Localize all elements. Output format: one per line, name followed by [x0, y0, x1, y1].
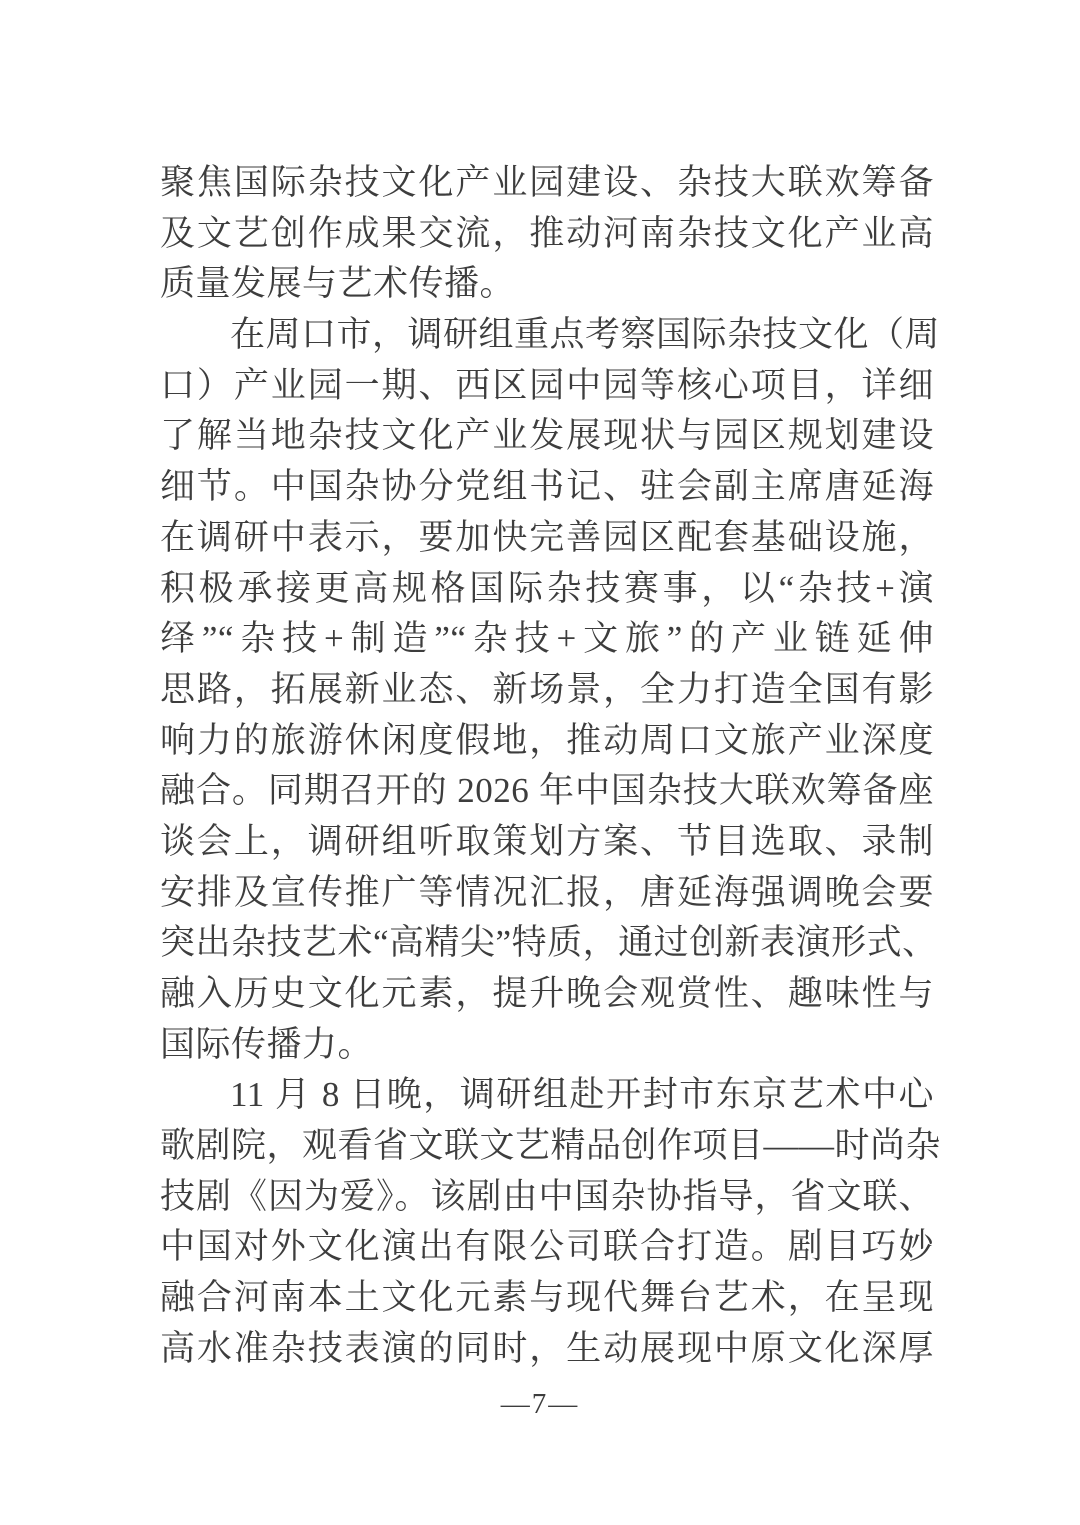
text-line: 细节。中国杂协分党组书记、驻会副主席唐延海 [160, 462, 934, 513]
text-line: 融入历史文化元素，提升晚会观赏性、趣味性与 [160, 969, 934, 1020]
text-line: 安排及宣传推广等情况汇报，唐延海强调晚会要 [160, 868, 934, 919]
text-line: 融合。同期召开的 2026 年中国杂技大联欢筹备座 [160, 766, 934, 817]
text-line: 谈会上，调研组听取策划方案、节目选取、录制 [160, 817, 934, 868]
page-number: —7— [0, 1388, 1080, 1421]
document-body: 聚焦国际杂技文化产业园建设、杂技大联欢筹备及文艺创作成果交流，推动河南杂技文化产… [160, 158, 934, 1375]
text-line: 了解当地杂技文化产业发展现状与园区规划建设 [160, 411, 934, 462]
text-line: 在周口市，调研组重点考察国际杂技文化（周 [160, 310, 934, 361]
text-line: 思路，拓展新业态、新场景，全力打造全国有影 [160, 665, 934, 716]
text-line: 中国对外文化演出有限公司联合打造。剧目巧妙 [160, 1222, 934, 1273]
text-line: 聚焦国际杂技文化产业园建设、杂技大联欢筹备 [160, 158, 934, 209]
text-line: 在调研中表示，要加快完善园区配套基础设施， [160, 513, 934, 564]
text-line: 突出杂技艺术“高精尖”特质，通过创新表演形式、 [160, 918, 934, 969]
text-line: 口）产业园一期、西区园中园等核心项目，详细 [160, 361, 934, 412]
text-line: 积极承接更高规格国际杂技赛事，以“杂技+演 [160, 564, 934, 615]
document-page: 聚焦国际杂技文化产业园建设、杂技大联欢筹备及文艺创作成果交流，推动河南杂技文化产… [0, 0, 1080, 1525]
text-line: 质量发展与艺术传播。 [160, 259, 934, 310]
text-line: 技剧《因为爱》。该剧由中国杂协指导，省文联、 [160, 1172, 934, 1223]
text-line: 歌剧院，观看省文联文艺精品创作项目——时尚杂 [160, 1121, 934, 1172]
text-line: 高水准杂技表演的同时，生动展现中原文化深厚 [160, 1324, 934, 1375]
text-line: 绎”“杂技+制造”“杂技+文旅”的产业链延伸 [160, 614, 934, 665]
text-line: 及文艺创作成果交流，推动河南杂技文化产业高 [160, 209, 934, 260]
text-line: 11 月 8 日晚，调研组赴开封市东京艺术中心 [160, 1070, 934, 1121]
text-line: 融合河南本土文化元素与现代舞台艺术，在呈现 [160, 1273, 934, 1324]
text-line: 响力的旅游休闲度假地，推动周口文旅产业深度 [160, 716, 934, 767]
text-line: 国际传播力。 [160, 1020, 934, 1071]
